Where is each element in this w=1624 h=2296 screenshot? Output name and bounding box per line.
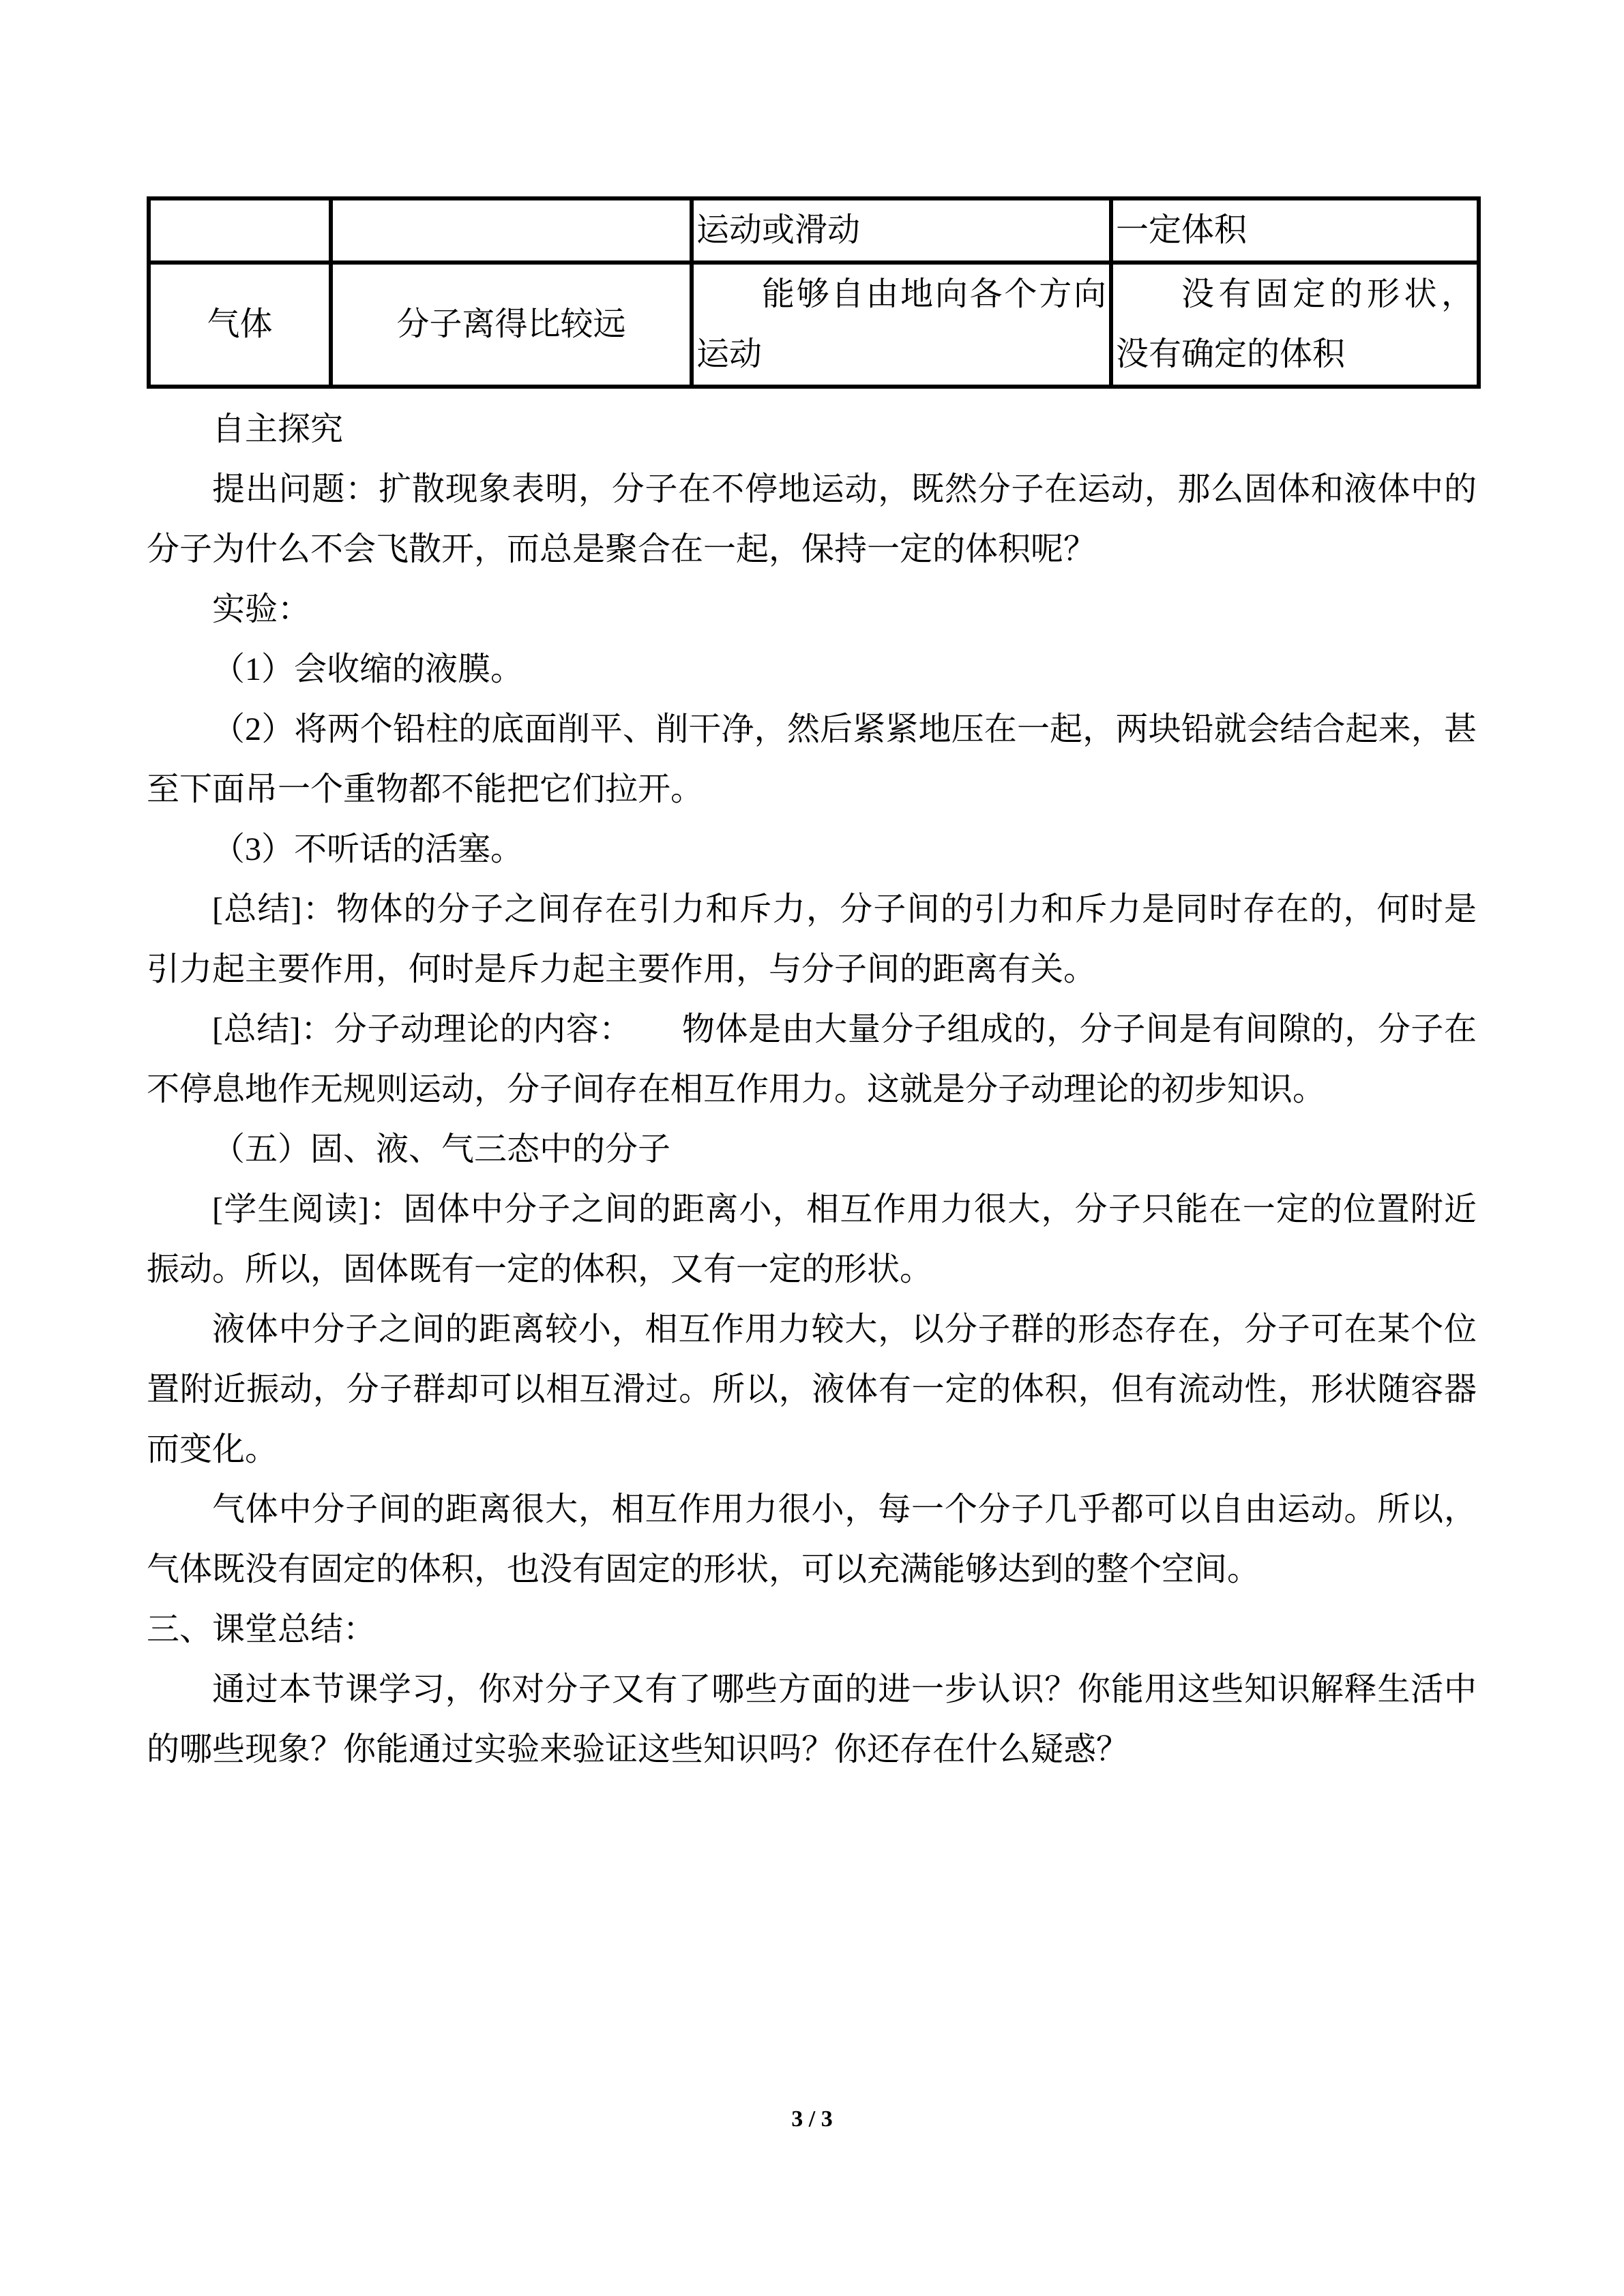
- text-line: （1）会收缩的液膜。: [147, 640, 1477, 700]
- text-line: [学生阅读]：固体中分子之间的距离小，相互作用力很大，分子只能在一定的位置附近: [147, 1180, 1477, 1240]
- text-line: 置附近振动，分子群却可以相互滑过。所以，液体有一定的体积，但有流动性，形状随容器: [147, 1360, 1477, 1420]
- paragraph: （2）将两个铅柱的底面削平、削干净，然后紧紧地压在一起，两块铅就会结合起来，甚 …: [147, 700, 1477, 820]
- body-text: 自主探究 提出问题：扩散现象表明，分子在不停地运动，既然分子在运动，那么固体和液…: [147, 400, 1477, 1780]
- text-line: 液体中分子之间的距离较小，相互作用力较大，以分子群的形态存在，分子可在某个位: [147, 1300, 1477, 1360]
- text-line: 分子为什么不会飞散开，而总是聚合在一起，保持一定的体积呢？: [147, 520, 1477, 580]
- text-line: （2）将两个铅柱的底面削平、削干净，然后紧紧地压在一起，两块铅就会结合起来，甚: [147, 700, 1477, 760]
- text-line: 不停息地作无规则运动，分子间存在相互作用力。这就是分子动理论的初步知识。: [147, 1060, 1477, 1120]
- paragraph: 气体中分子间的距离很大，相互作用力很小，每一个分子几乎都可以自由运动。所以， 气…: [147, 1480, 1477, 1600]
- table-cell-state-empty: [149, 198, 331, 263]
- document-content: 运动或滑动 一定体积 气体 分子离得比较远 能够自由地向各个方向运动 没有固定的…: [147, 196, 1477, 1780]
- page-number: 3 / 3: [0, 2104, 1624, 2134]
- text-line: 而变化。: [147, 1420, 1477, 1480]
- text-line: 振动。所以，固体既有一定的体积，又有一定的形状。: [147, 1240, 1477, 1300]
- table-cell-volume-cont: 一定体积: [1111, 198, 1479, 263]
- paragraph: [学生阅读]：固体中分子之间的距离小，相互作用力很大，分子只能在一定的位置附近 …: [147, 1180, 1477, 1300]
- text-line: 气体既没有固定的体积，也没有固定的形状，可以充满能够达到的整个空间。: [147, 1540, 1477, 1600]
- text-line: （3）不听话的活塞。: [147, 820, 1477, 880]
- paragraph: 实验：: [147, 580, 1477, 640]
- paragraph: [总结]：分子动理论的内容： 物体是由大量分子组成的，分子间是有间隙的，分子在 …: [147, 1000, 1477, 1120]
- text-line: 实验：: [147, 580, 1477, 640]
- text-line: 的哪些现象？你能通过实验来验证这些知识吗？你还存在什么疑惑？: [147, 1720, 1477, 1780]
- table-row-continued: 运动或滑动 一定体积: [149, 198, 1479, 263]
- table-cell-motion-cont: 运动或滑动: [692, 198, 1111, 263]
- paragraph: （3）不听话的活塞。: [147, 820, 1477, 880]
- paragraph: （五）固、液、气三态中的分子: [147, 1120, 1477, 1180]
- paragraph: 自主探究: [147, 400, 1477, 460]
- text-line: 至下面吊一个重物都不能把它们拉开。: [147, 760, 1477, 820]
- document-page: 运动或滑动 一定体积 气体 分子离得比较远 能够自由地向各个方向运动 没有固定的…: [0, 0, 1624, 2296]
- table-cell-gas-state: 气体: [149, 263, 331, 387]
- text-line: 提出问题：扩散现象表明，分子在不停地运动，既然分子在运动，那么固体和液体中的: [147, 460, 1477, 520]
- paragraph: 三、课堂总结：: [147, 1600, 1477, 1660]
- paragraph: 提出问题：扩散现象表明，分子在不停地运动，既然分子在运动，那么固体和液体中的 分…: [147, 460, 1477, 580]
- paragraph: （1）会收缩的液膜。: [147, 640, 1477, 700]
- text-line: 通过本节课学习，你对分子又有了哪些方面的进一步认识？你能用这些知识解释生活中: [147, 1660, 1477, 1720]
- text-line: 气体中分子间的距离很大，相互作用力很小，每一个分子几乎都可以自由运动。所以，: [147, 1480, 1477, 1540]
- table-row-gas: 气体 分子离得比较远 能够自由地向各个方向运动 没有固定的形状，没有确定的体积: [149, 263, 1479, 387]
- text-line: [总结]：分子动理论的内容： 物体是由大量分子组成的，分子间是有间隙的，分子在: [147, 1000, 1477, 1060]
- text-line: （五）固、液、气三态中的分子: [147, 1120, 1477, 1180]
- text-line: 自主探究: [147, 400, 1477, 460]
- paragraph: [总结]：物体的分子之间存在引力和斥力，分子间的引力和斥力是同时存在的，何时是 …: [147, 880, 1477, 1000]
- paragraph: 通过本节课学习，你对分子又有了哪些方面的进一步认识？你能用这些知识解释生活中 的…: [147, 1660, 1477, 1780]
- table-cell-gas-distance: 分子离得比较远: [331, 263, 692, 387]
- table-cell-distance-empty: [331, 198, 692, 263]
- table-cell-gas-volume: 没有固定的形状，没有确定的体积: [1111, 263, 1479, 387]
- text-line: 引力起主要作用，何时是斥力起主要作用，与分子间的距离有关。: [147, 940, 1477, 1000]
- text-line: 三、课堂总结：: [147, 1600, 1477, 1660]
- states-of-matter-table: 运动或滑动 一定体积 气体 分子离得比较远 能够自由地向各个方向运动 没有固定的…: [147, 196, 1481, 389]
- text-line: [总结]：物体的分子之间存在引力和斥力，分子间的引力和斥力是同时存在的，何时是: [147, 880, 1477, 940]
- table-cell-gas-motion: 能够自由地向各个方向运动: [692, 263, 1111, 387]
- paragraph: 液体中分子之间的距离较小，相互作用力较大，以分子群的形态存在，分子可在某个位 置…: [147, 1300, 1477, 1480]
